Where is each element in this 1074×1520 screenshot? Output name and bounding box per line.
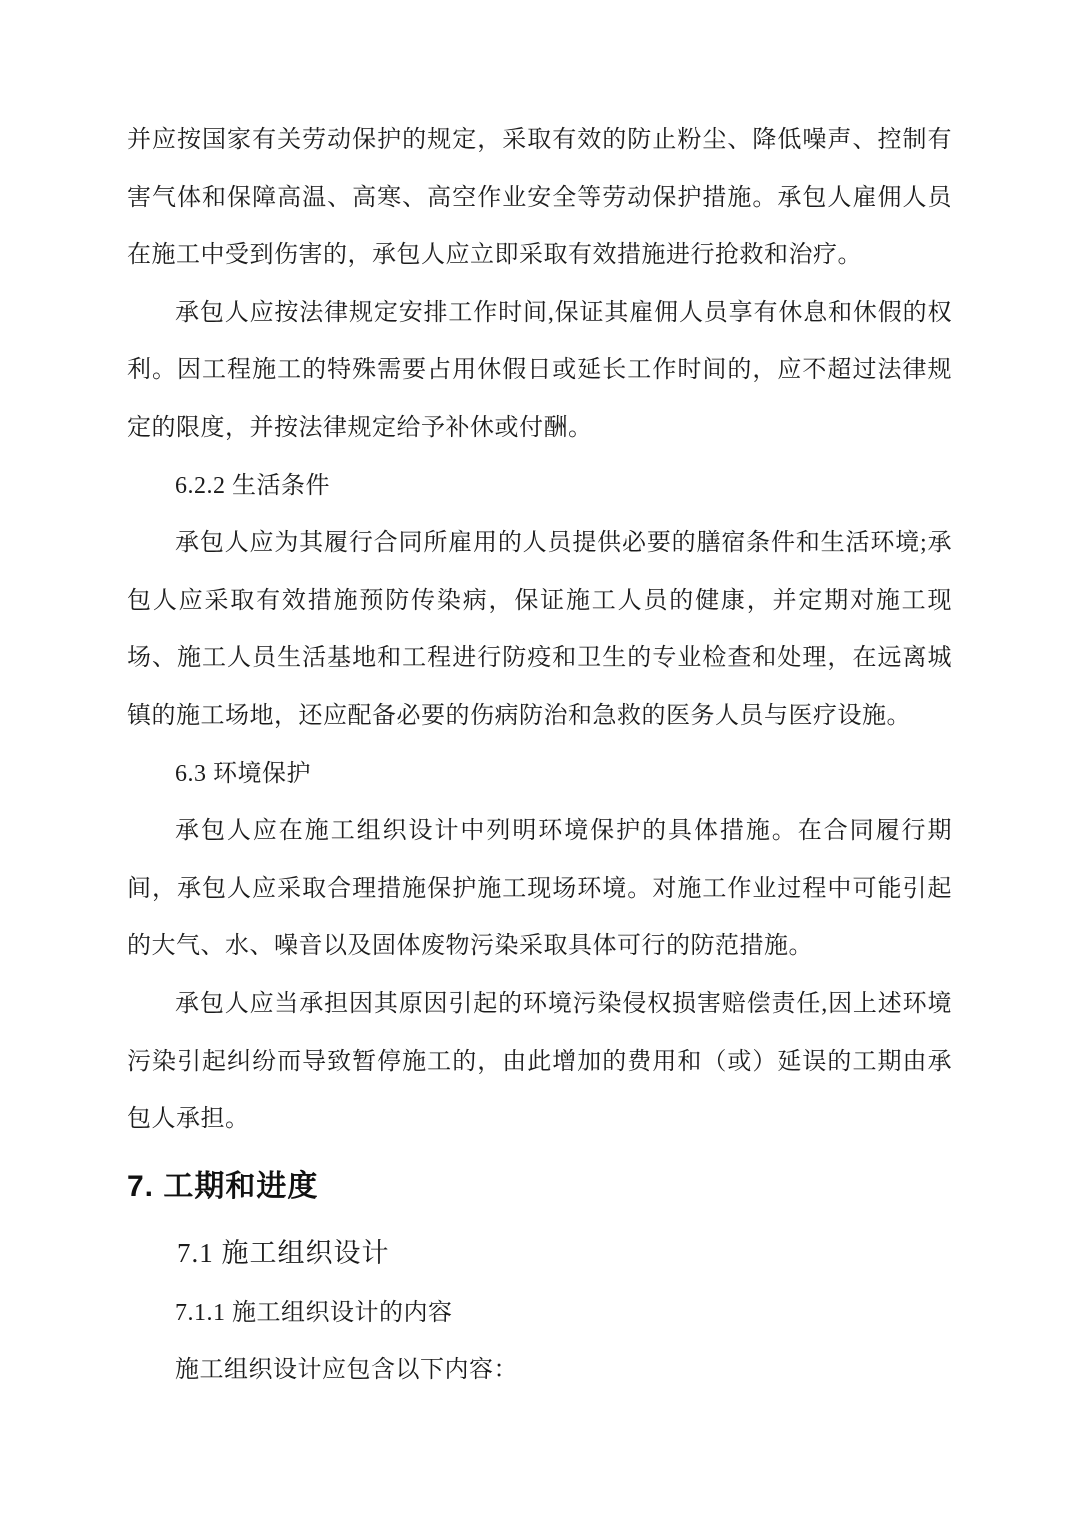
section-heading-6-2-2: 6.2.2 生活条件 <box>127 458 952 516</box>
section-heading-7-1: 7.1 施工组织设计 <box>127 1221 952 1285</box>
paragraph-environment-measures: 承包人应在施工组织设计中列明环境保护的具体措施。在合同履行期间，承包人应采取合理… <box>127 803 952 976</box>
paragraph-working-hours: 承包人应按法律规定安排工作时间,保证其雇佣人员享有休息和休假的权利。因工程施工的… <box>127 285 952 458</box>
paragraph-labor-protection: 并应按国家有关劳动保护的规定，采取有效的防止粉尘、降低噪声、控制有害气体和保障高… <box>127 112 952 285</box>
document-content: 并应按国家有关劳动保护的规定，采取有效的防止粉尘、降低噪声、控制有害气体和保障高… <box>0 0 1074 1400</box>
chapter-heading-7: 7. 工期和进度 <box>127 1155 952 1219</box>
section-heading-7-1-1: 7.1.1 施工组织设计的内容 <box>127 1285 952 1343</box>
section-heading-6-3: 6.3 环境保护 <box>127 746 952 804</box>
paragraph-pollution-liability: 承包人应当承担因其原因引起的环境污染侵权损害赔偿责任,因上述环境污染引起纠纷而导… <box>127 976 952 1149</box>
document-page: 并应按国家有关劳动保护的规定，采取有效的防止粉尘、降低噪声、控制有害气体和保障高… <box>0 0 1074 1520</box>
paragraph-design-contents-intro: 施工组织设计应包含以下内容： <box>127 1342 952 1400</box>
paragraph-living-conditions: 承包人应为其履行合同所雇用的人员提供必要的膳宿条件和生活环境;承包人应采取有效措… <box>127 515 952 745</box>
